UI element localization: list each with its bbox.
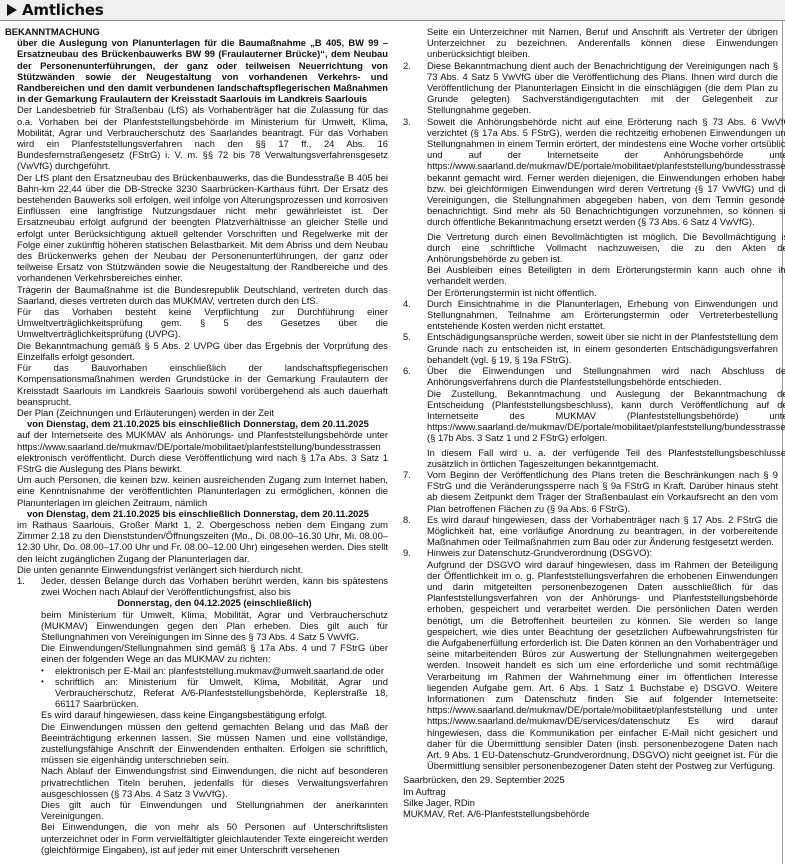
item-text: Die Einwendungen/Stellungnahmen sind gem…: [41, 642, 388, 664]
item-number: 6.: [403, 365, 427, 469]
list-item-9: 9. Hinweis zur Datenschutz-Grundverordnu…: [403, 547, 778, 771]
item-number: 7.: [403, 469, 427, 514]
item-text: Es wird darauf hingewiesen, dass der Vor…: [427, 514, 778, 548]
item-text: Vom Beginn der Veröffentlichung des Plan…: [427, 469, 778, 514]
item-text: Bei Ausbleiben eines Beteiligten in dem …: [427, 264, 785, 286]
list-item-6: 6. Über die Einwendungen und Stellungnah…: [403, 365, 778, 469]
list-item-1: 1. Jeder, dessen Belange durch das Vorha…: [5, 575, 388, 855]
paragraph: Für das Vorhaben besteht keine Verpflich…: [5, 306, 388, 340]
left-column: BEKANNTMACHUNG über die Auslegung von Pl…: [5, 26, 388, 855]
inspection-period: von Dienstag, dem 21.10.2025 bis einschl…: [5, 508, 388, 519]
item-1-continued: Seite ein Unterzeichner mit Namen, Beruf…: [403, 26, 778, 60]
paragraph-access: Um auch Personen, die keinen bzw. keinen…: [5, 474, 388, 508]
paragraph: Der Landesbetrieb für Straßenbau (LfS) a…: [5, 104, 388, 171]
item-text: Aufgrund der DSGVO wird darauf hingewies…: [427, 559, 778, 772]
item-text: Dies gilt auch für Einwendungen und Stel…: [41, 799, 388, 821]
item-text: Nach Ablauf der Einwendungsfrist sind Ei…: [41, 765, 388, 799]
item-number: 1.: [5, 575, 41, 855]
item-text: Bei Einwendungen, die von mehr als 50 Pe…: [41, 821, 388, 855]
notice-heading: BEKANNTMACHUNG: [5, 26, 388, 37]
item-number: 4.: [403, 298, 427, 332]
bullet-text: elektronisch per E-Mail an: planfeststel…: [55, 665, 388, 676]
item-number: 2.: [403, 60, 427, 116]
paragraph: Der LfS plant den Ersatzneubau des Brück…: [5, 172, 388, 284]
item-number: 3.: [403, 116, 427, 298]
notice-subtitle: über die Auslegung von Planunterlagen fü…: [5, 37, 388, 104]
item-text: Die Einwendungen müssen den geltend gema…: [41, 721, 388, 766]
right-column: Seite ein Unterzeichner mit Namen, Beruf…: [403, 26, 778, 819]
publication-period: von Dienstag, dem 21.10.2025 bis einschl…: [5, 418, 388, 429]
item-text: Die Vertretung durch einen Bevollmächtig…: [427, 231, 785, 265]
paragraph-rathaus: im Rathaus Saarlouis, Großer Markt 1, 2.…: [5, 519, 388, 564]
item-text: Soweit die Anhörungsbehörde nicht auf ei…: [427, 116, 785, 228]
bullet-email: • elektronisch per E-Mail an: planfestst…: [41, 665, 388, 676]
item-text: In diesem Fall wird u. a. der verfügende…: [427, 447, 785, 469]
paragraph: Trägerin der Baumaßnahme ist die Bundesr…: [5, 284, 388, 306]
objection-deadline: Donnerstag, den 04.12.2025 (einschließli…: [41, 597, 388, 608]
item-heading: Hinweis zur Datenschutz-Grundverordnung …: [427, 547, 778, 558]
section-title: Amtliches: [22, 1, 104, 19]
section-header: Amtliches: [0, 0, 785, 21]
item-text: Diese Bekanntmachung dient auch der Bena…: [427, 60, 778, 116]
signature-block: Saarbrücken, den 29. September 2025 Im A…: [403, 774, 778, 819]
item-number: 8.: [403, 514, 427, 548]
item-text: Über die Einwendungen und Stellungnahmen…: [427, 365, 785, 387]
bullet-icon: •: [41, 665, 55, 676]
item-text: beim Ministerium für Umwelt, Klima, Mobi…: [41, 609, 388, 643]
item-text: Die Zustellung, Bekanntmachung und Ausle…: [427, 388, 785, 444]
list-item-7: 7. Vom Beginn der Veröffentlichung des P…: [403, 469, 778, 514]
bullet-text: schriftlich an: Ministerium für Umwelt, …: [55, 676, 388, 710]
paragraph: Die Bekanntmachung gemäß § 5 Abs. 2 UVPG…: [5, 340, 388, 362]
paragraph-frist: Die unten genannte Einwendungsfrist verl…: [5, 564, 388, 575]
paragraph: Für das Bauvorhaben einschließlich der l…: [5, 362, 388, 407]
triangle-right-icon: [7, 4, 17, 16]
list-item-2: 2. Diese Bekanntmachung dient auch der B…: [403, 60, 778, 116]
item-text: Der Erörterungstermin ist nicht öffentli…: [427, 287, 785, 298]
signature-role: Im Auftrag: [403, 786, 778, 797]
paragraph-internet: auf der Internetseite des MUKMAV als Anh…: [5, 429, 388, 474]
item-number: 5.: [403, 331, 427, 365]
list-item-4: 4. Durch Einsichtnahme in die Planunterl…: [403, 298, 778, 332]
item-text: Es wird darauf hingewiesen, dass keine E…: [41, 709, 388, 720]
bullet-icon: •: [41, 676, 55, 710]
list-item-8: 8. Es wird darauf hingewiesen, dass der …: [403, 514, 778, 548]
bullet-postal: • schriftlich an: Ministerium für Umwelt…: [41, 676, 388, 710]
list-item-3: 3. Soweit die Anhörungsbehörde nicht auf…: [403, 116, 778, 298]
signature-place-date: Saarbrücken, den 29. September 2025: [403, 774, 778, 785]
item-text: Entschädigungsansprüche werden, soweit ü…: [427, 331, 778, 365]
list-item-5: 5. Entschädigungsansprüche werden, sowei…: [403, 331, 778, 365]
signature-name: Silke Jager, RDin: [403, 797, 778, 808]
item-text: Durch Einsichtnahme in die Planunterlage…: [427, 298, 778, 332]
paragraph: Der Plan (Zeichnungen und Erläuterungen)…: [5, 407, 388, 418]
signature-office: MUKMAV, Ref. A/6-Planfeststellungsbehörd…: [403, 808, 778, 819]
item-number: 9.: [403, 547, 427, 771]
item-intro: Jeder, dessen Belange durch das Vorhaben…: [41, 575, 388, 597]
